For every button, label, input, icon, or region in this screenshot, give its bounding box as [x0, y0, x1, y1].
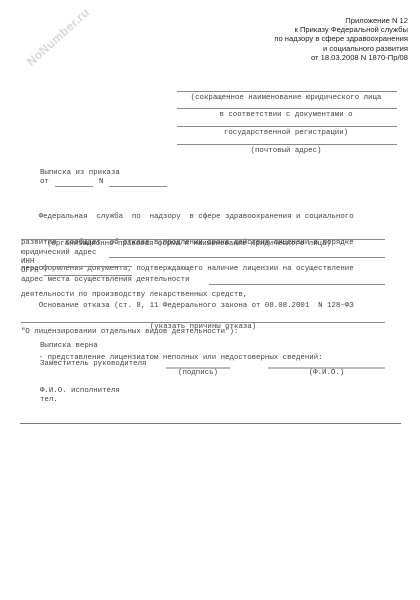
legal-address-label: юридический адрес	[21, 249, 96, 258]
addressee-caption: государственной регистрации)	[170, 129, 402, 138]
addressee-caption: в соответствии с документами о	[170, 111, 402, 120]
extract-date-label: от	[40, 178, 49, 187]
ogrn-label: ОГРН	[21, 267, 39, 276]
inn-label: ИНН	[21, 258, 34, 267]
watermark: NoNumber.ru	[9, 0, 108, 82]
appendix-line: Приложение N 12	[274, 16, 408, 25]
extract-verified-label: Выписка верна	[40, 342, 98, 351]
appendix-line: от 18.03.2008 N 1870-Пр/08	[274, 53, 408, 62]
extract-number-label: N	[99, 178, 103, 187]
addressee-caption: (сокращенное наименование юридического л…	[170, 94, 402, 103]
executor-label: Ф.И.О. исполнителя	[40, 387, 120, 396]
body-line: Федеральная служба по надзору в сфере зд…	[21, 213, 354, 222]
extract-title: Выписка из приказа	[40, 169, 120, 178]
extract-date-field	[55, 186, 93, 187]
basis-line: Основание отказа (ст. 8, 11 Федерального…	[21, 302, 354, 311]
inn-field	[39, 266, 132, 267]
extract-number-field	[109, 186, 167, 187]
addressee-line	[177, 108, 397, 109]
addressee-line	[177, 91, 397, 92]
refusal-reason-caption: (указать причины отказа)	[21, 323, 385, 332]
appendix-line: к Приказу Федеральной службы	[274, 25, 408, 34]
appendix-line: по надзору в сфере здравоохранения	[274, 34, 408, 43]
activity-address-label: адрес места осуществления деятельности	[21, 276, 190, 285]
full-name-caption: (Ф.И.О.)	[268, 369, 385, 378]
postal-address-caption: (почтовый адрес)	[170, 147, 402, 156]
legal-address-field	[109, 257, 385, 258]
deputy-head-label: Заместитель руководителя	[40, 360, 146, 369]
signature-caption: (подпись)	[166, 369, 230, 378]
addressee-line	[177, 144, 397, 145]
phone-label: тел.	[40, 396, 58, 405]
org-name-caption: (организационно-правовая форма и наимено…	[47, 240, 331, 249]
appendix-header: Приложение N 12 к Приказу Федеральной сл…	[274, 16, 408, 62]
addressee-line	[177, 126, 397, 127]
appendix-line: и социального развития	[274, 44, 408, 53]
bottom-divider	[20, 423, 401, 424]
